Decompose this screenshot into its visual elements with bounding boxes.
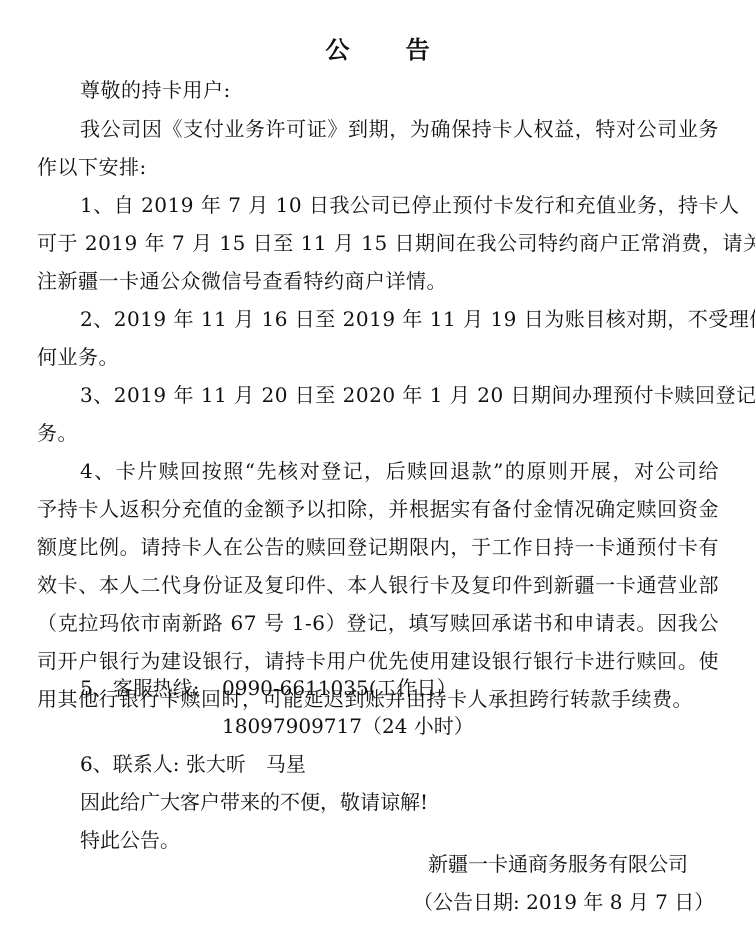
item-4-line-4: 效卡、本人二代身份证及复印件、本人银行卡及复印件到新疆一卡通营业部	[37, 573, 719, 597]
item-1-line-1: 1、自 2019 年 7 月 10 日我公司已停止预付卡发行和充值业务，持卡人	[80, 193, 719, 217]
signature-date: （公告日期: 2019 年 8 月 7 日）	[413, 890, 714, 914]
intro-line-1: 我公司因《支付业务许可证》到期，为确保持卡人权益，特对公司业务	[80, 117, 719, 141]
item-2-line-1: 2、2019 年 11 月 16 日至 2019 年 11 月 19 日为账目核…	[80, 307, 719, 331]
salutation: 尊敬的持卡用户:	[80, 78, 719, 102]
page-title: 公 告	[0, 30, 755, 65]
apology-line: 因此给广大客户带来的不便，敬请谅解!	[80, 790, 428, 814]
item-4-line-1: 4、卡片赎回按照“先核对登记，后赎回退款”的原则开展，对公司给	[80, 459, 719, 483]
contact-line: 6、联系人: 张大昕 马星	[80, 752, 306, 776]
item-1-line-3: 注新疆一卡通公众微信号查看特约商户详情。	[37, 269, 719, 293]
hotline-label: 5、客服热线:	[80, 676, 199, 700]
item-2-line-2: 何业务。	[37, 345, 719, 369]
hotline-phone-2: 18097909717（24 小时）	[222, 714, 474, 738]
intro-line-2: 作以下安排:	[37, 155, 719, 179]
signature-company: 新疆一卡通商务服务有限公司	[428, 852, 688, 876]
item-1-line-2: 可于 2019 年 7 月 15 日至 11 月 15 日期间在我公司特约商户正…	[37, 231, 719, 255]
item-3-line-1: 3、2019 年 11 月 20 日至 2020 年 1 月 20 日期间办理预…	[80, 383, 719, 407]
closing-line: 特此公告。	[80, 828, 180, 852]
hotline-phone-1: 0990-6611035(工作日）	[222, 676, 457, 700]
item-4-line-6: 司开户银行为建设银行，请持卡用户优先使用建设银行银行卡进行赎回。使	[37, 649, 719, 673]
item-4-line-3: 额度比例。请持卡人在公告的赎回登记期限内，于工作日持一卡通预付卡有	[37, 535, 719, 559]
item-3-line-2: 务。	[37, 421, 719, 445]
item-4-line-2: 予持卡人返积分充值的金额予以扣除，并根据实有备付金情况确定赎回资金	[37, 497, 719, 521]
item-4-line-5: （克拉玛依市南新路 67 号 1-6）登记，填写赎回承诺书和申请表。因我公	[37, 611, 719, 635]
